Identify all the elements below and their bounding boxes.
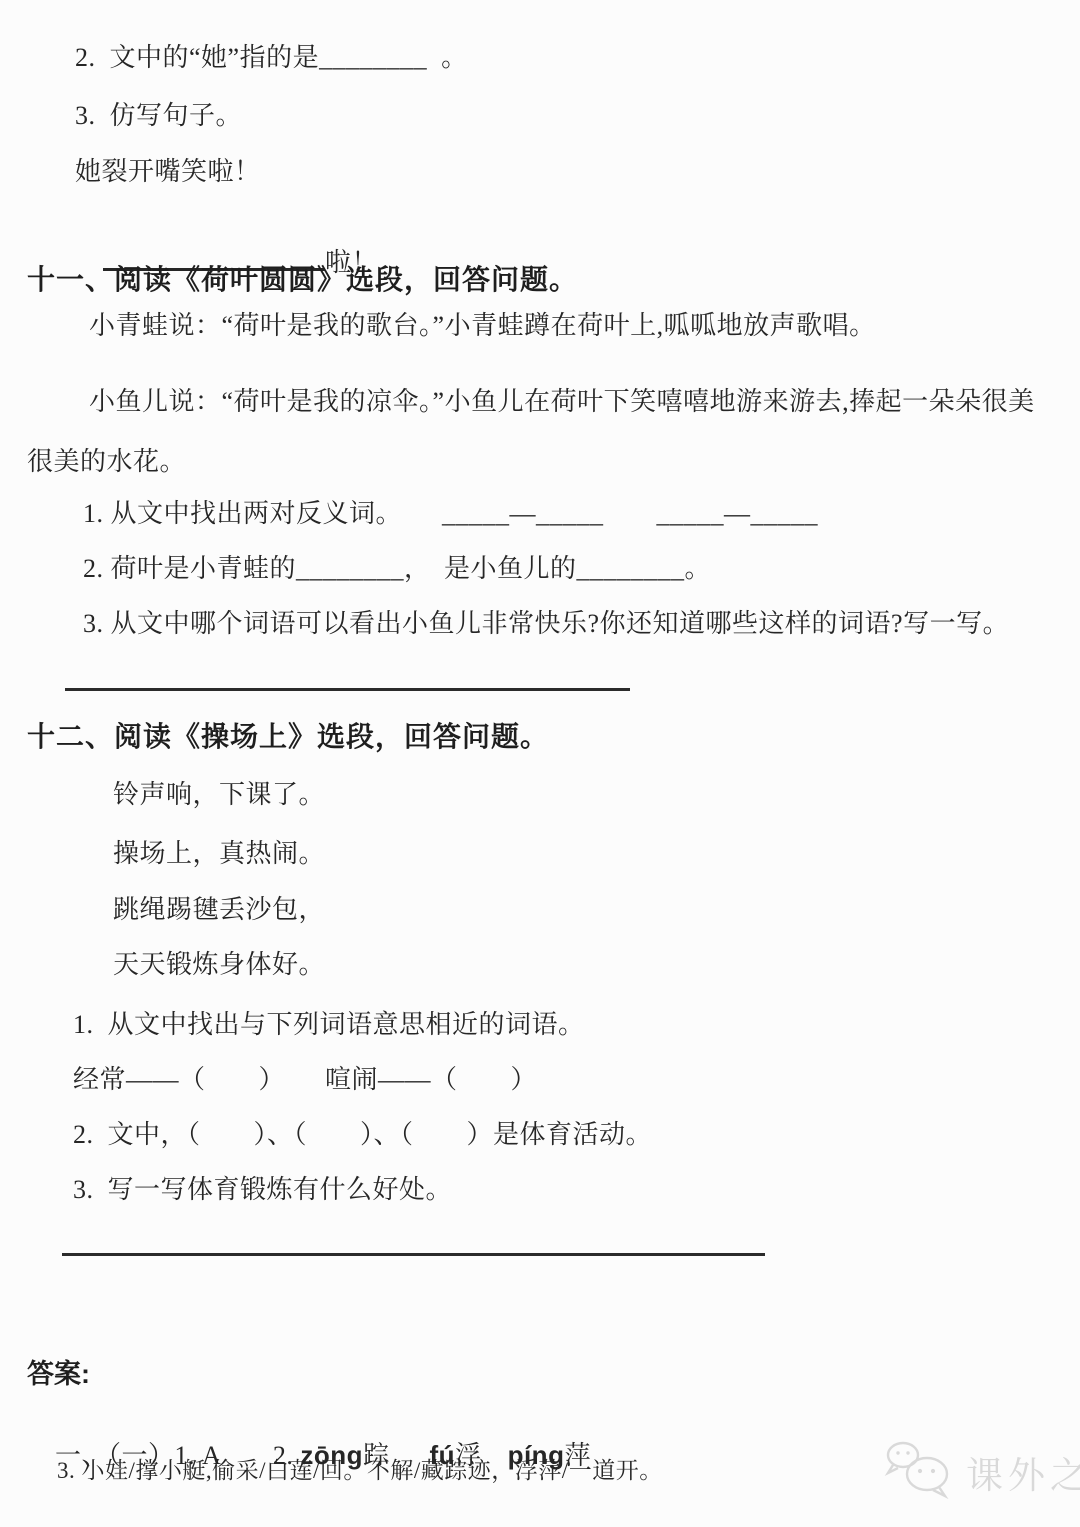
watermark: 课外之旅 (882, 1438, 1080, 1505)
poem-line: 跳绳踢毽丢沙包， (113, 892, 325, 928)
section-eleven-paragraph-1: 小青蛙说：“荷叶是我的歌台。”小青蛙蹲在荷叶上,呱呱地放声歌唱。 (27, 308, 1057, 344)
section-eleven-question-3: 3. 从文中哪个词语可以看出小鱼儿非常快乐?你还知道哪些这样的词语?写一写。 (83, 606, 1009, 642)
section-twelve-heading: 十二、阅读《操场上》选段，回答问题。 (27, 719, 549, 755)
intro-question-3: 3. 仿写句子。 (75, 98, 242, 134)
answers-line-2: 3. 小娃/撑小艇,偷采/白莲/回。不解/藏踪迹，浮萍/一道开。 (57, 1453, 663, 1489)
poem-line: 铃声响，下课了。 (113, 777, 325, 813)
wechat-chat-bubbles-icon (882, 1438, 958, 1505)
intro-question-2: 2. 文中的“她”指的是________ 。 (75, 40, 468, 76)
answer-divider-line (65, 688, 630, 691)
section-twelve-question-1: 1. 从文中找出与下列词语意思相近的词语。 (73, 1007, 585, 1043)
section-twelve-question-1-blanks: 经常——（ ） 喧闹——（ ） (73, 1062, 537, 1098)
section-eleven-question-2: 2. 荷叶是小青蛙的________， 是小鱼儿的________。 (83, 551, 711, 587)
poem-line: 操场上，真热闹。 (113, 836, 325, 872)
section-eleven-paragraph-2: 小鱼儿说：“荷叶是我的凉伞。”小鱼儿在荷叶下笑嘻嘻地游来游去,捧起一朵朵很美很美… (27, 372, 1057, 492)
section-eleven-question-1: 1. 从文中找出两对反义词。 _____—_____ _____—_____ (83, 496, 818, 532)
section-eleven-heading: 十一、阅读《荷叶圆圆》选段，回答问题。 (27, 262, 578, 298)
section-twelve-question-3: 3. 写一写体育锻炼有什么好处。 (73, 1172, 452, 1208)
answer-divider-line (62, 1253, 765, 1256)
answers-label: 答案: (27, 1352, 90, 1391)
intro-example-sentence: 她裂开嘴笑啦！ (75, 154, 261, 190)
intro-blank-sentence: 啦！ (75, 205, 378, 317)
worksheet-page: 2. 文中的“她”指的是________ 。 3. 仿写句子。 她裂开嘴笑啦！ … (0, 0, 1080, 1527)
section-twelve-question-2: 2. 文中，（ ）、（ ）、（ ）是体育活动。 (73, 1117, 652, 1153)
watermark-text: 课外之旅 (966, 1445, 1080, 1499)
poem-line: 天天锻炼身体好。 (113, 947, 325, 983)
